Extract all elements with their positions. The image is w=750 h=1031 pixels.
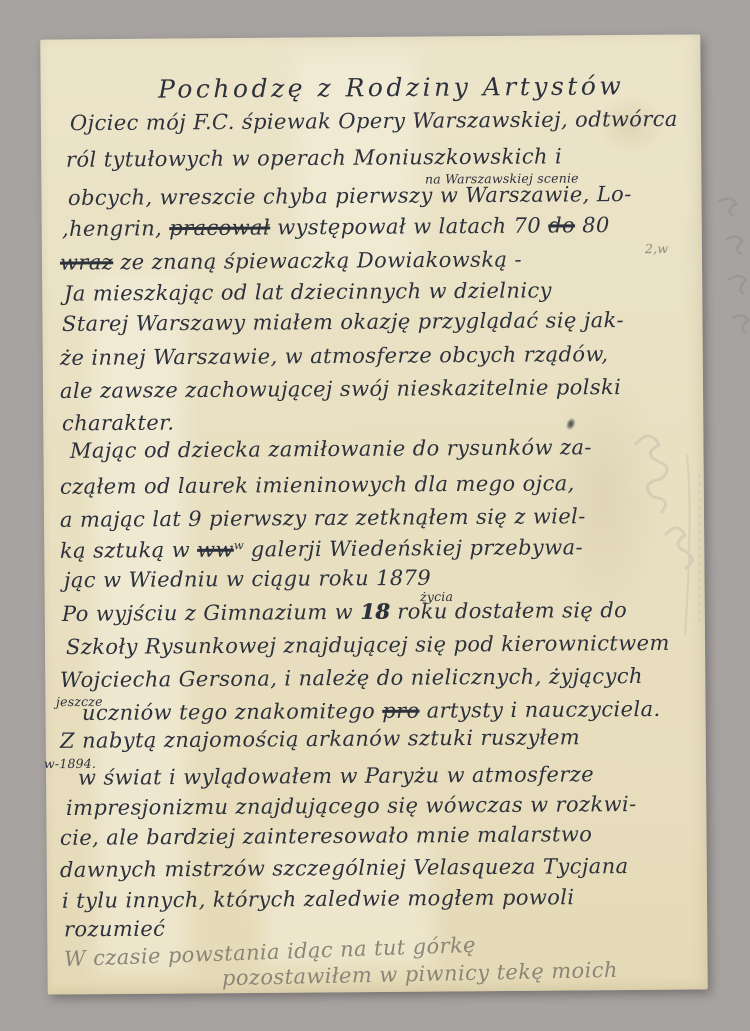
handwritten-text: ze znaną śpiewaczką Dowiakowską -: [113, 247, 522, 274]
handwritten-text: 18: [360, 599, 390, 624]
manuscript-line: ról tytułowych w operach Moniuszkowskich…: [66, 145, 562, 172]
manuscript-line: że innej Warszawie, w atmosferze obcych …: [60, 343, 609, 370]
handwritten-text: Po wyjściu z Gimnazium w: [62, 600, 360, 626]
manuscript-line: Szkoły Rysunkowej znajdującej się pod ki…: [66, 632, 670, 659]
handwritten-text: ką sztuką w: [60, 538, 197, 563]
inserted-word: w: [234, 538, 244, 552]
handwritten-text: 80: [575, 213, 610, 237]
handwritten-text: roku dostałem się do: [390, 598, 627, 624]
struck-text: ww: [197, 538, 234, 562]
handwritten-text: Wojciecha Gersona, i należę do nieliczny…: [60, 664, 643, 692]
manuscript-line: w świat i wylądowałem w Paryżu w atmosfe…: [78, 763, 594, 790]
handwritten-text: impresjonizmu znajdującego się wówczas w…: [66, 792, 637, 820]
handwritten-text: że innej Warszawie, w atmosferze obcych …: [60, 342, 609, 370]
handwritten-text: galerji Wiedeńskiej przebywa-: [244, 535, 583, 561]
manuscript-line: uczniów tego znakomitego pro artysty i n…: [82, 698, 661, 725]
handwritten-text: artysty i nauczyciela.: [419, 697, 660, 723]
manuscript-line: Ojciec mój F.C. śpiewak Opery Warszawski…: [70, 108, 678, 135]
handwritten-text: ról tytułowych w operach Moniuszkowskich…: [66, 144, 562, 171]
struck-text: pracował: [169, 215, 270, 240]
handwritten-text: jąc w Wiedniu w ciągu roku 1879: [64, 566, 431, 593]
handwritten-text: rozumieć: [64, 917, 165, 942]
handwritten-text: Pochodzę z Rodziny Artystów: [158, 71, 624, 103]
manuscript-title: Pochodzę z Rodziny Artystów: [158, 72, 624, 103]
manuscript-line: ale zawsze zachowującej swój nieskazitel…: [60, 376, 621, 403]
handwritten-text: Szkoły Rysunkowej znajdującej się pod ki…: [66, 631, 670, 659]
manuscript-line: rozumieć: [64, 918, 165, 942]
handwritten-text: Ojciec mój F.C. śpiewak Opery Warszawski…: [70, 107, 678, 135]
pencil-note: 2,w: [645, 242, 668, 256]
manuscript-line: cie, ale bardziej zainteresowało mnie ma…: [60, 823, 592, 850]
manuscript-line: i tylu innych, których zaledwie mogłem p…: [62, 886, 575, 913]
manuscript-line: Ja mieszkając od lat dziecinnych w dziel…: [64, 279, 552, 305]
handwritten-text: i tylu innych, których zaledwie mogłem p…: [62, 885, 575, 913]
handwritten-text: uczniów tego znakomitego: [82, 699, 382, 725]
manuscript-line: Po wyjściu z Gimnazium w 18 roku dostałe…: [62, 598, 627, 626]
manuscript-line: wraz ze znaną śpiewaczką Dowiakowską -: [60, 248, 522, 274]
handwritten-text: charakter.: [62, 411, 175, 436]
handwritten-text: cie, ale bardziej zainteresowało mnie ma…: [60, 822, 592, 850]
manuscript-line: Mając od dziecka zamiłowanie do rysunków…: [70, 436, 592, 463]
manuscript-line: obcych, wreszcie chyba pierwszy w Warsza…: [68, 183, 632, 210]
photo-background: Pochodzę z Rodziny ArtystówOjciec mój F.…: [0, 0, 750, 1031]
handwritten-text: Z nabytą znajomością arkanów sztuki rusz…: [60, 725, 580, 753]
manuscript-line: dawnych mistrzów szczególniej Velasqueza…: [60, 855, 629, 882]
handwritten-text: ale zawsze zachowującej swój nieskazitel…: [60, 375, 621, 403]
handwritten-text: a mając lat 9 pierwszy raz zetknąłem się…: [60, 504, 586, 532]
manuscript-line: Z nabytą znajomością arkanów sztuki rusz…: [60, 726, 580, 753]
manuscript-line: impresjonizmu znajdującego się wówczas w…: [66, 793, 637, 820]
handwritten-text: w świat i wylądowałem w Paryżu w atmosfe…: [78, 762, 594, 790]
manuscript-line: ką sztuką w www galerji Wiedeńskiej prze…: [60, 536, 583, 563]
handwritten-text: występował w latach 70: [270, 214, 548, 240]
handwritten-text: 2,w: [645, 241, 668, 256]
handwritten-text: cząłem od laurek imieninowych dla mego o…: [60, 471, 575, 499]
struck-text: do: [548, 213, 575, 237]
handwritten-text: ,hengrin,: [62, 216, 169, 241]
manuscript-text-layer: Pochodzę z Rodziny ArtystówOjciec mój F.…: [0, 0, 750, 1031]
handwritten-text: Mając od dziecka zamiłowanie do rysunków…: [70, 435, 592, 463]
handwritten-text: obcych, wreszcie chyba pierwszy w Warsza…: [68, 182, 632, 210]
struck-text: wraz: [60, 250, 113, 274]
handwritten-text: Starej Warszawy miałem okazję przyglądać…: [62, 308, 624, 336]
manuscript-line: jąc w Wiedniu w ciągu roku 1879: [64, 567, 431, 593]
manuscript-line: Wojciecha Gersona, i należę do nieliczny…: [60, 665, 643, 692]
manuscript-line: a mając lat 9 pierwszy raz zetknąłem się…: [60, 505, 586, 532]
handwritten-text: Ja mieszkając od lat dziecinnych w dziel…: [64, 278, 552, 305]
handwritten-text: dawnych mistrzów szczególniej Velasqueza…: [60, 854, 629, 882]
manuscript-line: cząłem od laurek imieninowych dla mego o…: [60, 472, 575, 499]
manuscript-line: ,hengrin, pracował występował w latach 7…: [62, 214, 610, 241]
struck-text: pro: [382, 699, 419, 723]
manuscript-line: charakter.: [62, 412, 175, 436]
manuscript-line: Starej Warszawy miałem okazję przyglądać…: [62, 309, 624, 336]
